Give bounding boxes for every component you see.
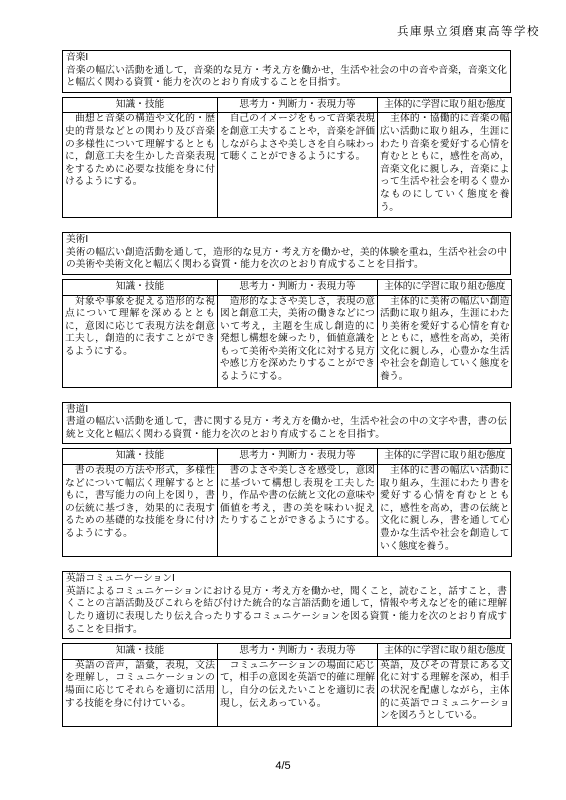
subject-title: 英語コミュニケーションⅠ — [66, 573, 507, 586]
cell-thinking-judgment-expression: 造形的なよさや美しさ，表現の意図と創意工夫，美術の働きなどについて考え，主題を生… — [218, 295, 378, 387]
subject-title: 美術Ⅰ — [66, 234, 507, 247]
evaluation-criteria-table: 知識・技能 思考力・判断力・表現力等 主体的に学習に取り組む態度 英語の音声，語… — [62, 643, 512, 727]
subject-description: 書道の幅広い活動を通して，書に関する見方・考え方を働かせ，生活や社会の中の文字や… — [66, 416, 507, 441]
column-header-knowledge-skills: 知識・技能 — [63, 644, 218, 660]
column-header-thinking-judgment-expression: 思考力・判断力・表現力等 — [218, 97, 378, 113]
subject-title: 書道Ⅰ — [66, 404, 507, 417]
subject-section-english: 英語コミュニケーションⅠ 英語によるコミュニケーションにおける見方・考え方を働か… — [62, 571, 511, 727]
subject-description: 音楽の幅広い活動を通して，音楽的な見方・考え方を働かせ，生活や社会の中の音や音楽… — [66, 65, 507, 90]
column-header-thinking-judgment-expression: 思考力・判断力・表現力等 — [218, 644, 378, 660]
subject-goal-box: 書道Ⅰ 書道の幅広い活動を通して，書に関する見方・考え方を働かせ，生活や社会の中… — [62, 402, 511, 445]
subject-goal-box: 音楽Ⅰ 音楽の幅広い活動を通して，音楽的な見方・考え方を働かせ，生活や社会の中の… — [62, 50, 511, 93]
school-name: 兵庫県立須磨東高等学校 — [397, 23, 540, 39]
column-header-knowledge-skills: 知識・技能 — [63, 279, 218, 295]
document-content: 音楽Ⅰ 音楽の幅広い活動を通して，音楽的な見方・考え方を働かせ，生活や社会の中の… — [62, 50, 511, 741]
cell-knowledge-skills: 書の表現の方法や形式，多様性などについて幅広く理解するとともに，書写能力の向上を… — [63, 465, 218, 557]
evaluation-criteria-table: 知識・技能 思考力・判断力・表現力等 主体的に学習に取り組む態度 書の表現の方法… — [62, 448, 512, 557]
cell-knowledge-skills: 英語の音声，語彙，表現，文法を理解し，コミュニケーションの場面に応じてそれらを適… — [63, 659, 218, 726]
subject-description: 英語によるコミュニケーションにおける見方・考え方を働かせ，聞くこと，読むこと，話… — [66, 586, 507, 636]
cell-thinking-judgment-expression: 自己のイメージをもって音楽表現を創意工夫することや，音楽を評価しながらよさや美し… — [218, 113, 378, 218]
column-header-attitude: 主体的に学習に取り組む態度 — [378, 449, 512, 465]
column-header-attitude: 主体的に学習に取り組む態度 — [378, 97, 512, 113]
document-page: 兵庫県立須磨東高等学校 音楽Ⅰ 音楽の幅広い活動を通して，音楽的な見方・考え方を… — [0, 0, 566, 800]
cell-attitude: 主体的に書の幅広い活動に取り組み，生涯にわたり書を愛好する心情を育むとともに，感… — [378, 465, 512, 557]
subject-section-music: 音楽Ⅰ 音楽の幅広い活動を通して，音楽的な見方・考え方を働かせ，生活や社会の中の… — [62, 50, 511, 218]
subject-section-art: 美術Ⅰ 美術の幅広い創造活動を通して，造形的な見方・考え方を働かせ，美的体験を重… — [62, 232, 511, 388]
cell-knowledge-skills: 対象や事象を捉える造形的な視点について理解を深めるとともに，意図に応じて表現方法… — [63, 295, 218, 387]
column-header-knowledge-skills: 知識・技能 — [63, 97, 218, 113]
cell-attitude: 主体的・協働的に音楽の幅広い活動に取り組み，生涯にわたり音楽を愛好する心情を育む… — [378, 113, 512, 218]
cell-thinking-judgment-expression: 書のよさや美しさを感受し，意図に基づいて構想し表現を工夫したり，作品や書の伝統と… — [218, 465, 378, 557]
evaluation-criteria-table: 知識・技能 思考力・判断力・表現力等 主体的に学習に取り組む態度 対象や事象を捉… — [62, 279, 512, 388]
subject-section-calligraphy: 書道Ⅰ 書道の幅広い活動を通して，書に関する見方・考え方を働かせ，生活や社会の中… — [62, 402, 511, 558]
subject-title: 音楽Ⅰ — [66, 52, 507, 65]
cell-knowledge-skills: 曲想と音楽の構造や文化的・歴史的背景などとの関わり及び音楽の多様性について理解す… — [63, 113, 218, 218]
subject-goal-box: 美術Ⅰ 美術の幅広い創造活動を通して，造形的な見方・考え方を働かせ，美的体験を重… — [62, 232, 511, 275]
cell-thinking-judgment-expression: コミュニケーションの場面に応じて，相手の意図を英語で的確に理解し，自分の伝えたい… — [218, 659, 378, 726]
column-header-attitude: 主体的に学習に取り組む態度 — [378, 644, 512, 660]
column-header-knowledge-skills: 知識・技能 — [63, 449, 218, 465]
evaluation-criteria-table: 知識・技能 思考力・判断力・表現力等 主体的に学習に取り組む態度 曲想と音楽の構… — [62, 97, 512, 218]
subject-description: 美術の幅広い創造活動を通して，造形的な見方・考え方を働かせ，美的体験を重ね，生活… — [66, 247, 507, 272]
column-header-attitude: 主体的に学習に取り組む態度 — [378, 279, 512, 295]
page-number: 4/5 — [0, 760, 566, 772]
column-header-thinking-judgment-expression: 思考力・判断力・表現力等 — [218, 449, 378, 465]
cell-attitude: 英語，及びその背景にある文化に対する理解を深め，相手の状況を配慮しながら，主体的… — [378, 659, 512, 726]
column-header-thinking-judgment-expression: 思考力・判断力・表現力等 — [218, 279, 378, 295]
cell-attitude: 主体的に美術の幅広い創造活動に取り組み，生涯にわたり美術を愛好する心情を育むとと… — [378, 295, 512, 387]
subject-goal-box: 英語コミュニケーションⅠ 英語によるコミュニケーションにおける見方・考え方を働か… — [62, 571, 511, 639]
